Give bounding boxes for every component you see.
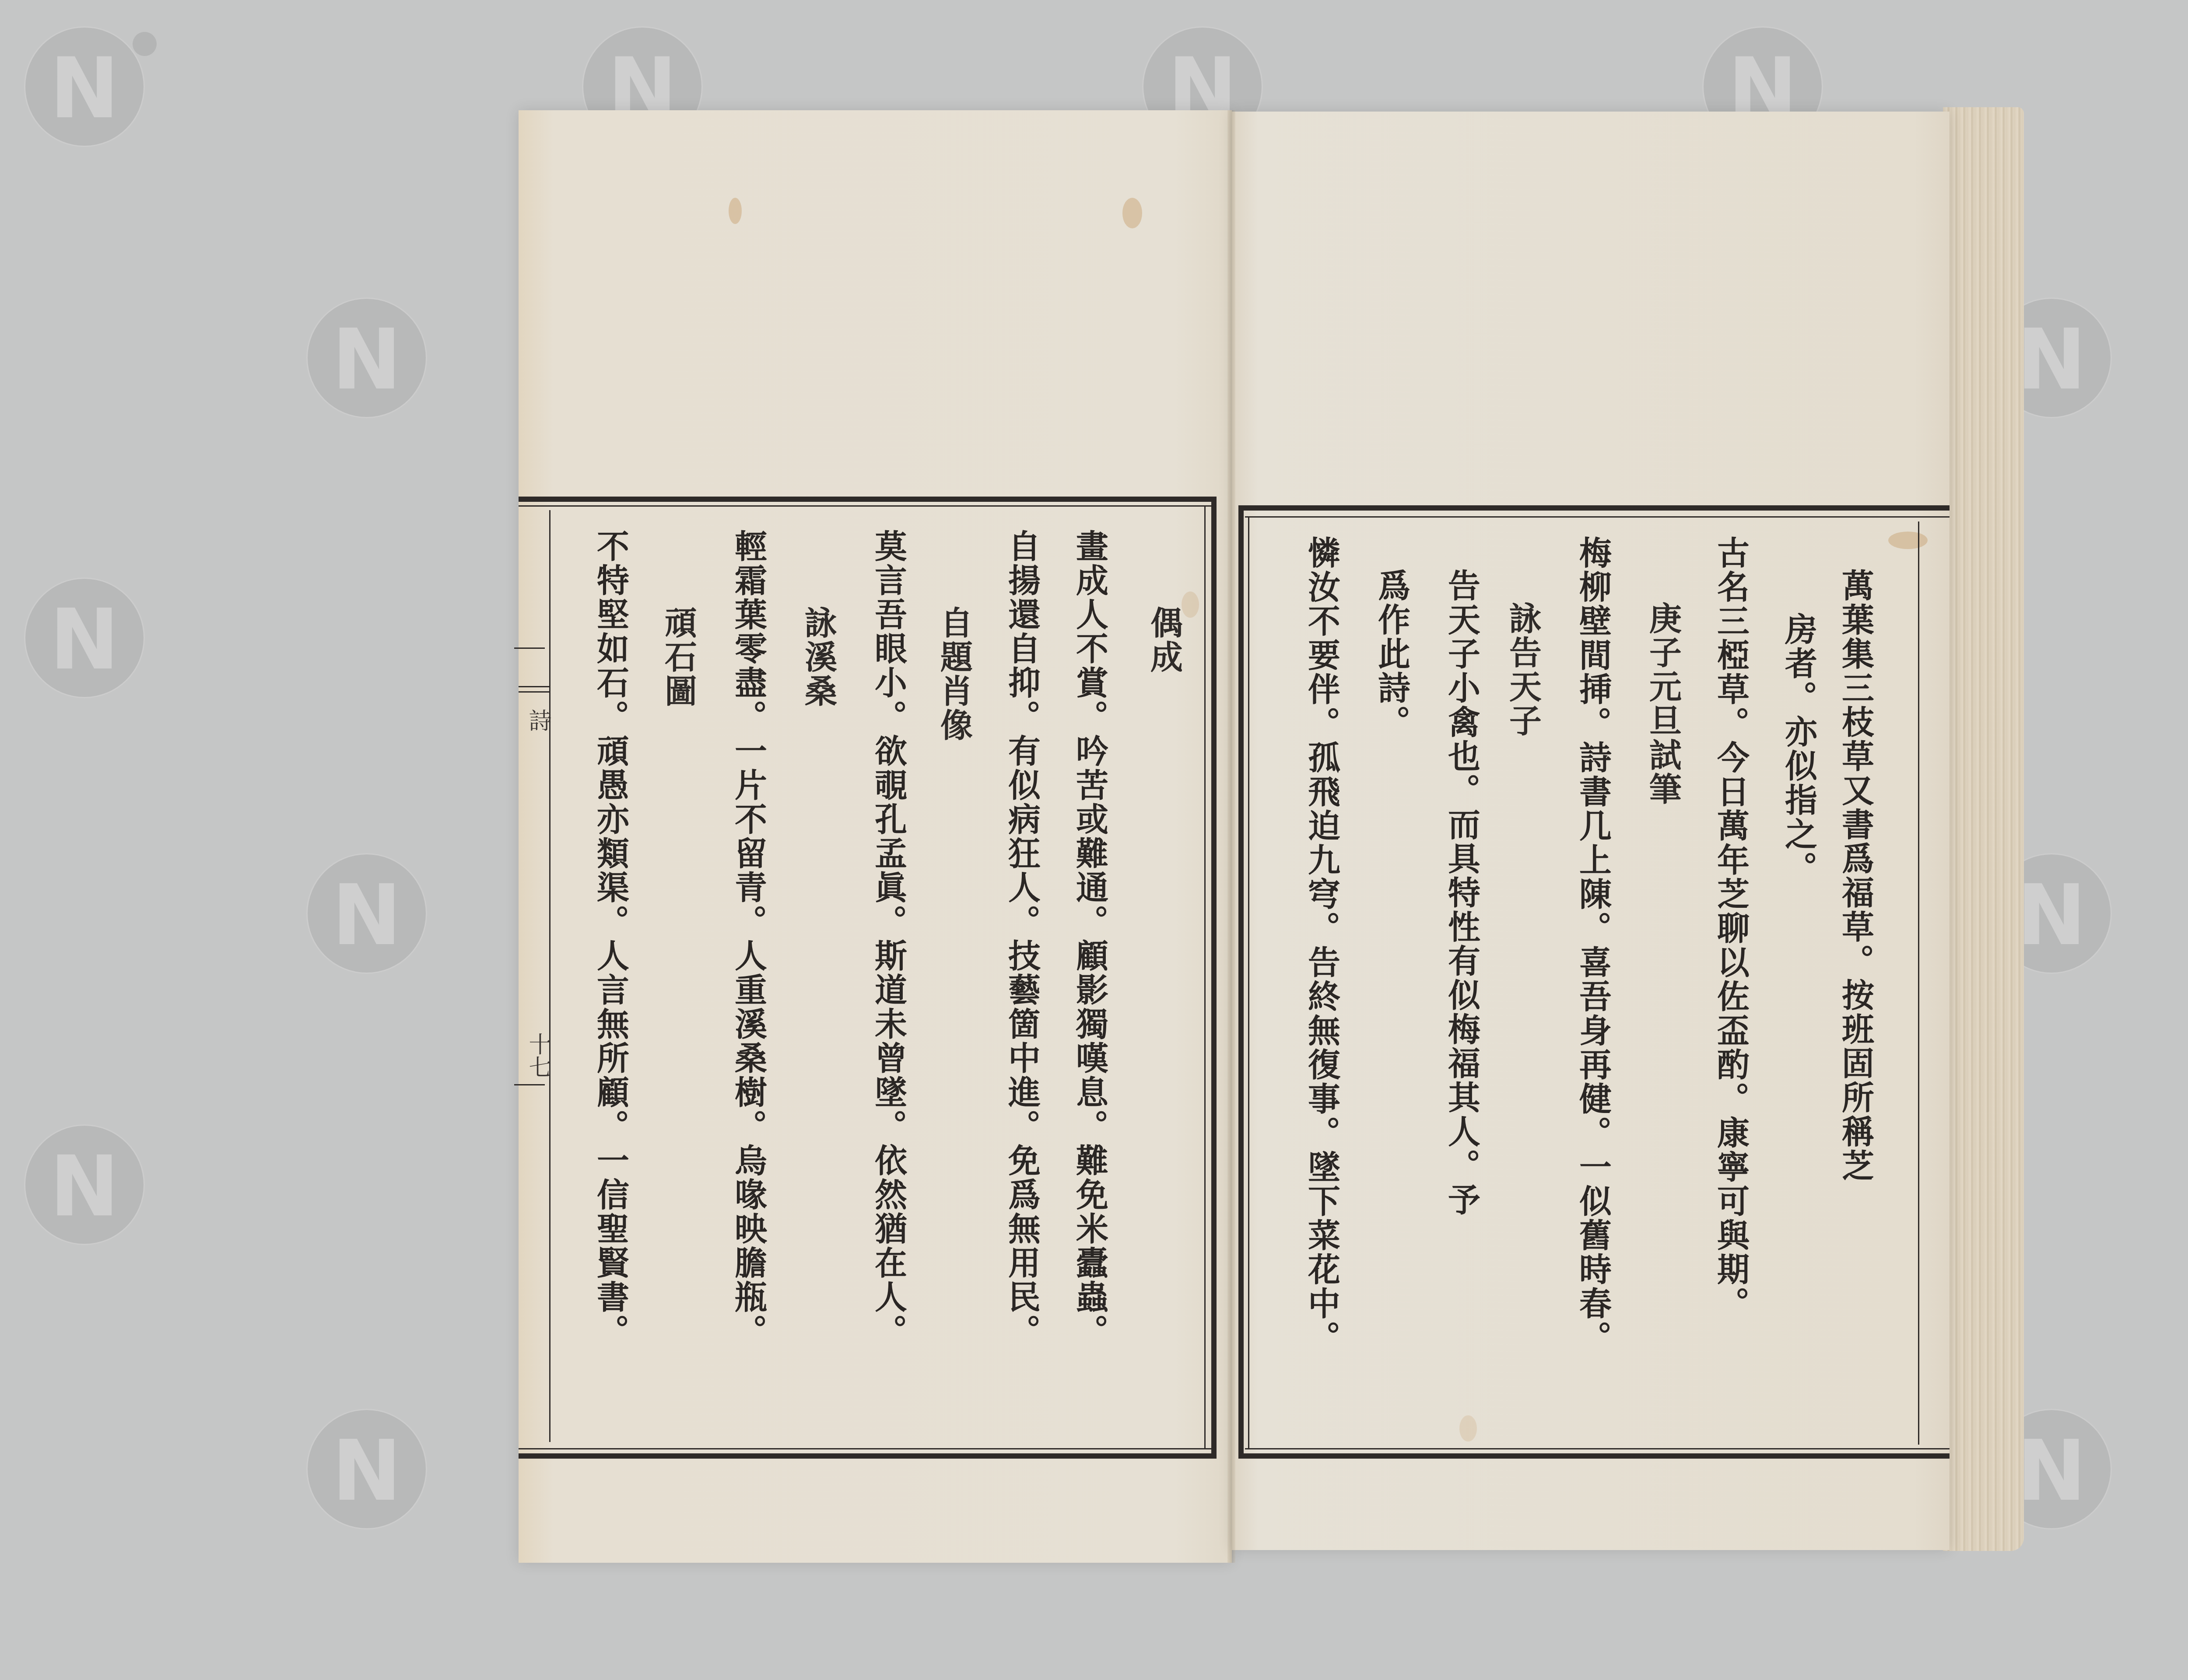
poem-line: 輕霜葉零盡。一片不留青。人重溪桑樹。烏喙映膽瓶。	[729, 529, 768, 1348]
preface-line: 房者。亦似指之。	[1779, 612, 1818, 885]
foxing-spot	[729, 198, 742, 224]
poem-title: 自題肖像	[934, 606, 974, 742]
margin-tick	[514, 647, 545, 649]
watermark-logo: N	[24, 1124, 145, 1245]
foxing-spot	[1182, 591, 1199, 618]
frame-right-inner-line	[1918, 521, 1919, 1445]
frame-bottom-thin-left	[519, 1448, 1212, 1449]
watermark-logo: N	[24, 577, 145, 698]
poem-title: 頑石圖	[659, 606, 698, 708]
poem-title: 詠溪桑	[799, 606, 838, 708]
watermark-logo: N	[306, 853, 427, 974]
frame-bottom-thick-left	[519, 1453, 1217, 1459]
preface-line: 告天子小禽也。而具特性有似梅福其人。予	[1442, 569, 1481, 1217]
frame-bottom-thin-right	[1245, 1448, 1950, 1449]
poem-line: 不特堅如石。頑愚亦類渠。人言無所顧。一信聖賢書。	[591, 529, 630, 1348]
poem-line: 憐汝不要伴。孤飛迫九穹。告終無復事。墜下菜花中。	[1302, 536, 1341, 1355]
poem-line: 畫成人不賞。吟苦或難通。顧影獨嘆息。難免米蠹蟲。	[1070, 529, 1109, 1348]
foxing-spot	[1459, 1415, 1477, 1442]
frame-left-thick-right	[1238, 505, 1244, 1459]
margin-tick	[519, 686, 549, 687]
book-spine	[1227, 110, 1235, 1563]
margin-column-line	[549, 510, 551, 1442]
preface-line: 萬葉集三枝草又書爲福草。按班固所稱芝	[1836, 569, 1875, 1183]
preface-line: 爲作此詩。	[1372, 569, 1411, 739]
page-block-edges	[1943, 107, 2024, 1551]
frame-right-thin-left	[1204, 505, 1206, 1449]
frame-left-thin-right	[1248, 516, 1249, 1449]
watermark-logo: N	[24, 26, 145, 147]
foxing-spot	[1888, 532, 1928, 549]
poem-title: 詠告天子	[1503, 602, 1543, 738]
poem-line: 莫言吾眼小。欲覗孔孟眞。斯道未曾墜。依然猶在人。	[869, 529, 908, 1348]
poem-line: 自揚還自抑。有似病狂人。技藝箇中進。免爲無用民。	[1002, 529, 1041, 1348]
margin-page-number: 十七	[522, 1032, 554, 1078]
frame-top-thick-left	[519, 497, 1217, 502]
margin-tick	[519, 691, 549, 693]
watermark-n-icon: N	[49, 47, 119, 130]
frame-right-thick-left	[1211, 497, 1217, 1459]
margin-tick	[514, 1084, 545, 1085]
poem-line: 古名三椏草。今日萬年芝聊以佐盃酌。康寧可與期。	[1711, 536, 1750, 1321]
foxing-spot	[1122, 198, 1142, 228]
poem-title: 庚子元旦試筆	[1643, 602, 1683, 806]
frame-bottom-thick-right	[1238, 1453, 1950, 1459]
margin-section-title: 詩	[522, 709, 554, 731]
watermark-logo: N	[306, 1409, 427, 1529]
poem-line: 梅柳壁間挿。詩書几上陳。喜吾身再健。一似舊時春。	[1573, 536, 1613, 1355]
frame-top-thin-right	[1245, 516, 1950, 518]
watermark-logo: N	[306, 297, 427, 418]
frame-top-thick-right	[1238, 505, 1950, 511]
poem-title: 偶成	[1144, 606, 1184, 674]
frame-top-thin-left	[519, 505, 1212, 507]
